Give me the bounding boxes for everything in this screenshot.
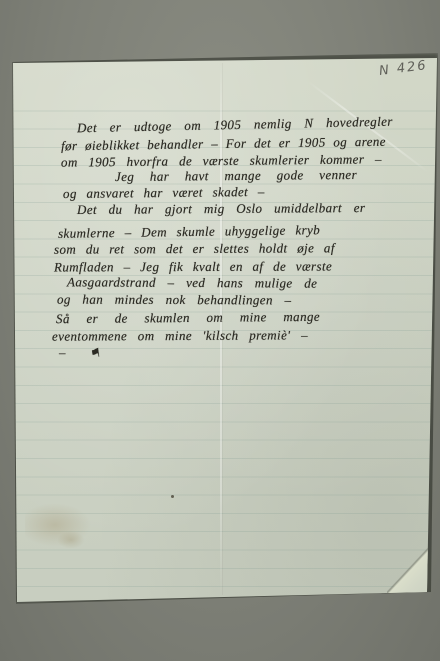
- handwritten-line: og ansvaret har været skadet –: [63, 184, 265, 202]
- folded-corner: [387, 547, 431, 595]
- handwritten-line: Aasgaardstrand – ved hans mulige de: [67, 274, 317, 291]
- handwritten-line: Jeg har havt mange gode venner: [115, 167, 357, 185]
- closing-mark-line: – ⚑: [59, 345, 101, 361]
- signature-mark-icon: ⚑: [89, 345, 102, 361]
- handwritten-line: skumlerne – Dem skumle uhyggelige kryb: [58, 222, 320, 242]
- handwritten-line: Så er de skumlen om mine mange: [56, 309, 320, 327]
- closing-dash: –: [59, 345, 66, 360]
- handwritten-line: og han mindes nok behandlingen –: [57, 292, 291, 309]
- photograph-background: N 426 Det er udtoge om 1905 nemlig N hov…: [0, 0, 440, 661]
- handwritten-line: eventommene om mine 'kilsch premiè' –: [52, 327, 308, 344]
- letter-page: N 426 Det er udtoge om 1905 nemlig N hov…: [13, 55, 437, 602]
- handwritten-line: Det er udtoge om 1905 nemlig N hovedregl…: [77, 114, 393, 137]
- handwritten-line: som du ret som det er slettes holdt øje …: [54, 240, 335, 257]
- handwritten-text: Det er udtoge om 1905 nemlig N hovedregl…: [13, 55, 437, 602]
- handwritten-line: Det du har gjort mig Oslo umiddelbart er: [77, 200, 365, 218]
- handwritten-line: Rumfladen – Jeg fik kvalt en af de værst…: [54, 259, 332, 276]
